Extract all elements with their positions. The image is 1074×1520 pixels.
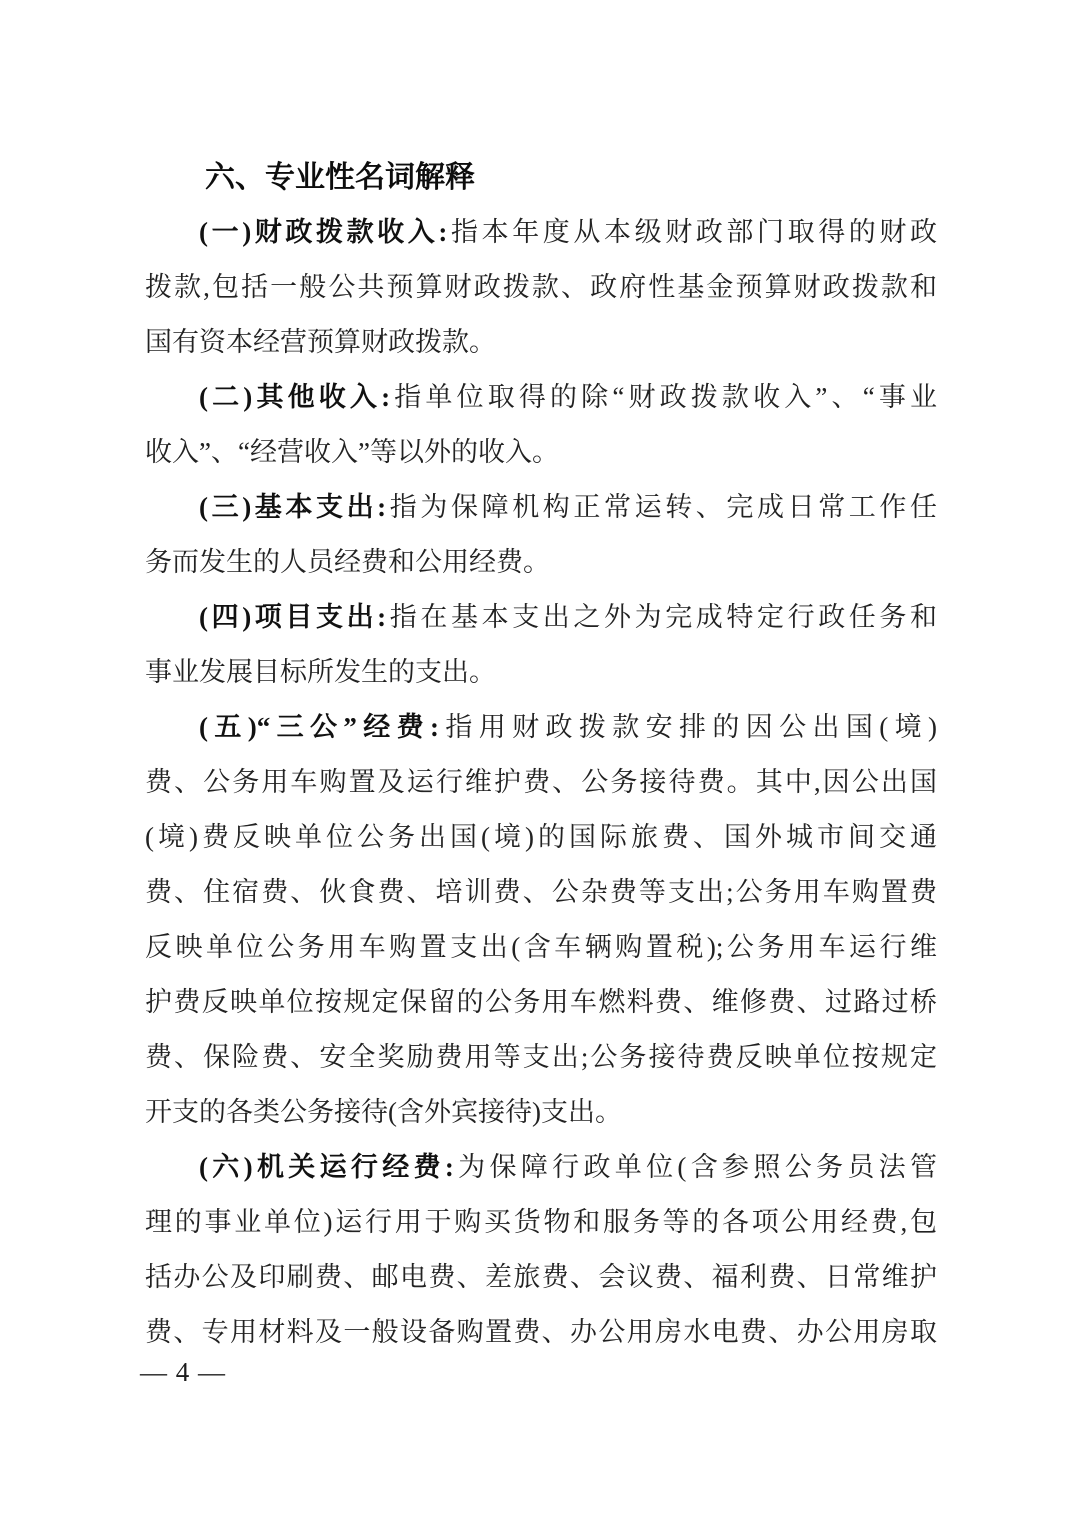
document-page: { "document": { "heading": "六、专业性名词解释", … <box>0 0 1074 1520</box>
body-text: 费、住宿费、伙食费、培训费、公杂费等支出;公务用车购置费 <box>145 877 937 907</box>
text-line: (五)“三公”经费:指用财政拨款安排的因公出国(境) <box>145 700 937 755</box>
text-line: 理的事业单位)运行用于购买货物和服务等的各项公用经费,包 <box>145 1195 937 1250</box>
body-text: 收入”、“经营收入”等以外的收入。 <box>145 437 559 467</box>
page-number: — 4 — <box>140 1352 226 1392</box>
body-text: 务而发生的人员经费和公用经费。 <box>145 547 550 577</box>
text-line: 事业发展目标所发生的支出。 <box>145 645 937 700</box>
term-label: (二)其他收入: <box>199 382 390 412</box>
text-line: (四)项目支出:指在基本支出之外为完成特定行政任务和 <box>145 590 937 645</box>
body-text: 指为保障机构正常运转、完成日常工作任 <box>386 492 937 522</box>
document-content: 六、专业性名词解释 (一)财政拨款收入:指本年度从本级财政部门取得的财政拨款,包… <box>145 150 937 1360</box>
paragraph: (五)“三公”经费:指用财政拨款安排的因公出国(境)费、公务用车购置及运行维护费… <box>145 700 937 1140</box>
text-line: 费、公务用车购置及运行维护费、公务接待费。其中,因公出国 <box>145 755 937 810</box>
term-label: (一)财政拨款收入: <box>199 217 447 247</box>
body-text: 国有资本经营预算财政拨款。 <box>145 327 496 357</box>
body-text: 指本年度从本级财政部门取得的财政 <box>447 217 937 247</box>
text-line: 拨款,包括一般公共预算财政拨款、政府性基金预算财政拨款和 <box>145 260 937 315</box>
text-line: 务而发生的人员经费和公用经费。 <box>145 535 937 590</box>
paragraph: (二)其他收入:指单位取得的除“财政拨款收入”、“事业收入”、“经营收入”等以外… <box>145 370 937 480</box>
body-text: 指单位取得的除“财政拨款收入”、“事业 <box>390 382 937 412</box>
text-line: (境)费反映单位公务出国(境)的国际旅费、国外城市间交通 <box>145 810 937 865</box>
term-label: (四)项目支出: <box>199 602 386 632</box>
body-text: 事业发展目标所发生的支出。 <box>145 657 496 687</box>
body-text: 指在基本支出之外为完成特定行政任务和 <box>386 602 937 632</box>
text-line: (三)基本支出:指为保障机构正常运转、完成日常工作任 <box>145 480 937 535</box>
paragraph: (四)项目支出:指在基本支出之外为完成特定行政任务和事业发展目标所发生的支出。 <box>145 590 937 700</box>
paragraph: (六)机关运行经费:为保障行政单位(含参照公务员法管理的事业单位)运行用于购买货… <box>145 1140 937 1360</box>
paragraphs: (一)财政拨款收入:指本年度从本级财政部门取得的财政拨款,包括一般公共预算财政拨… <box>145 205 937 1360</box>
text-line: 国有资本经营预算财政拨款。 <box>145 315 937 370</box>
text-line: 括办公及印刷费、邮电费、差旅费、会议费、福利费、日常维护 <box>145 1250 937 1305</box>
body-text: 费、专用材料及一般设备购置费、办公用房水电费、办公用房取 <box>145 1317 937 1347</box>
body-text: 护费反映单位按规定保留的公务用车燃料费、维修费、过路过桥 <box>145 987 937 1017</box>
text-line: 费、专用材料及一般设备购置费、办公用房水电费、办公用房取 <box>145 1305 937 1360</box>
body-text: 开支的各类公务接待(含外宾接待)支出。 <box>145 1097 622 1127</box>
body-text: 反映单位公务用车购置支出(含车辆购置税);公务用车运行维 <box>145 932 937 962</box>
body-text: 为保障行政单位(含参照公务员法管 <box>454 1152 937 1182</box>
body-text: (境)费反映单位公务出国(境)的国际旅费、国外城市间交通 <box>145 822 937 852</box>
text-line: 护费反映单位按规定保留的公务用车燃料费、维修费、过路过桥 <box>145 975 937 1030</box>
text-line: 开支的各类公务接待(含外宾接待)支出。 <box>145 1085 937 1140</box>
body-text: 费、公务用车购置及运行维护费、公务接待费。其中,因公出国 <box>145 767 937 797</box>
text-line: 收入”、“经营收入”等以外的收入。 <box>145 425 937 480</box>
text-line: 反映单位公务用车购置支出(含车辆购置税);公务用车运行维 <box>145 920 937 975</box>
text-line: 费、保险费、安全奖励费用等支出;公务接待费反映单位按规定 <box>145 1030 937 1085</box>
term-label: (三)基本支出: <box>199 492 386 522</box>
text-line: 费、住宿费、伙食费、培训费、公杂费等支出;公务用车购置费 <box>145 865 937 920</box>
paragraph: (三)基本支出:指为保障机构正常运转、完成日常工作任务而发生的人员经费和公用经费… <box>145 480 937 590</box>
text-line: (一)财政拨款收入:指本年度从本级财政部门取得的财政 <box>145 205 937 260</box>
body-text: 括办公及印刷费、邮电费、差旅费、会议费、福利费、日常维护 <box>145 1262 937 1292</box>
paragraph: (一)财政拨款收入:指本年度从本级财政部门取得的财政拨款,包括一般公共预算财政拨… <box>145 205 937 370</box>
text-line: (二)其他收入:指单位取得的除“财政拨款收入”、“事业 <box>145 370 937 425</box>
body-text: 指用财政拨款安排的因公出国(境) <box>439 712 937 742</box>
section-heading: 六、专业性名词解释 <box>145 150 937 205</box>
text-line: (六)机关运行经费:为保障行政单位(含参照公务员法管 <box>145 1140 937 1195</box>
body-text: 拨款,包括一般公共预算财政拨款、政府性基金预算财政拨款和 <box>145 272 937 302</box>
body-text: 理的事业单位)运行用于购买货物和服务等的各项公用经费,包 <box>145 1207 937 1237</box>
term-label: (五)“三公”经费: <box>199 712 439 742</box>
term-label: (六)机关运行经费: <box>199 1152 454 1182</box>
body-text: 费、保险费、安全奖励费用等支出;公务接待费反映单位按规定 <box>145 1042 937 1072</box>
